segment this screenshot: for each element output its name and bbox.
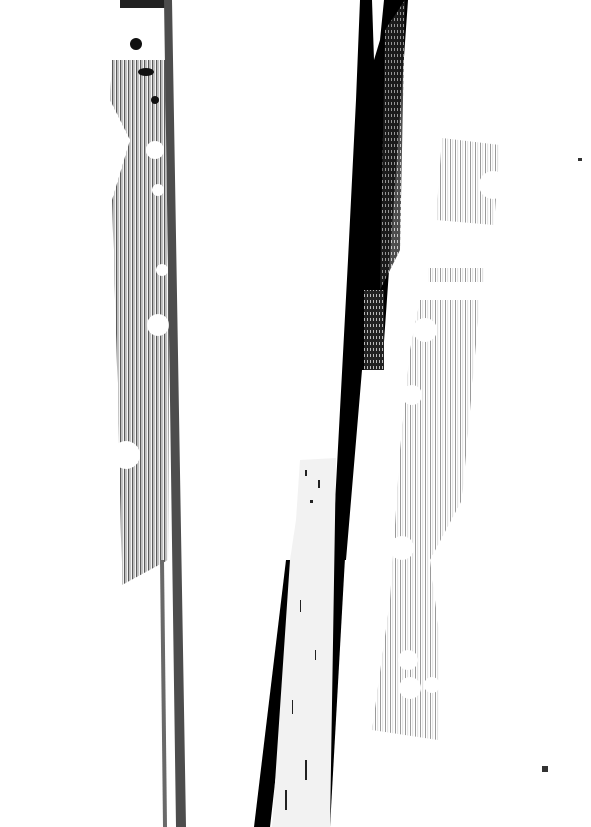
right-light-streaks xyxy=(372,138,582,772)
abstract-texture-canvas xyxy=(0,0,591,827)
center-lower-black-bar xyxy=(254,458,346,827)
left-gray-band xyxy=(110,0,170,585)
left-thin-line xyxy=(160,560,167,827)
center-black-bar xyxy=(332,0,408,560)
